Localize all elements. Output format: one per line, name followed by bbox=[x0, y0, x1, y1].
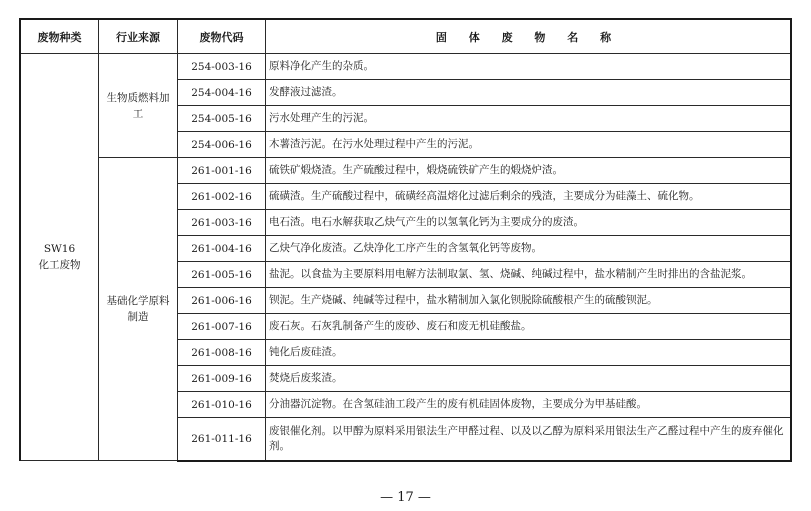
table-row: 基础化学原料制造 261-001-16 硫铁矿煅烧渣。生产硫酸过程中，煅烧硫铁矿… bbox=[20, 158, 791, 184]
waste-description: 硫磺渣。生产硫酸过程中，硫磺经高温熔化过滤后剩余的残渣，主要成分为硅藻土、硫化物… bbox=[266, 184, 792, 210]
industry-source-cell: 基础化学原料制造 bbox=[99, 158, 178, 461]
table-row: SW16 化工废物 生物质燃料加工 254-003-16 原料净化产生的杂质。 bbox=[20, 54, 791, 80]
waste-description: 焚烧后废浆渣。 bbox=[266, 366, 792, 392]
waste-description: 盐泥。以食盐为主要原料用电解方法制取氯、氢、烧碱、纯碱过程中，盐水精制产生时排出… bbox=[266, 262, 792, 288]
header-waste-code: 废物代码 bbox=[178, 19, 266, 54]
page-number: — 17 — bbox=[0, 490, 811, 505]
waste-code: 261-007-16 bbox=[178, 314, 266, 340]
waste-code: 254-004-16 bbox=[178, 80, 266, 106]
document-page: 废物种类 行业来源 废物代码 固 体 废 物 名 称 SW16 化工废物 生物质… bbox=[19, 18, 792, 462]
waste-description: 乙炔气净化废渣。乙炔净化工序产生的含氢氧化钙等废物。 bbox=[266, 236, 792, 262]
waste-code: 261-003-16 bbox=[178, 210, 266, 236]
waste-description: 钝化后废硅渣。 bbox=[266, 340, 792, 366]
waste-code: 261-006-16 bbox=[178, 288, 266, 314]
waste-description: 分油器沉淀物。在含氢硅油工段产生的废有机硅固体废物，主要成分为甲基硅酸。 bbox=[266, 392, 792, 418]
waste-category-cell: SW16 化工废物 bbox=[20, 54, 99, 461]
waste-description: 发酵液过滤渣。 bbox=[266, 80, 792, 106]
waste-code: 254-005-16 bbox=[178, 106, 266, 132]
waste-description: 原料净化产生的杂质。 bbox=[266, 54, 792, 80]
waste-code: 254-006-16 bbox=[178, 132, 266, 158]
waste-description: 硫铁矿煅烧渣。生产硫酸过程中，煅烧硫铁矿产生的煅烧炉渣。 bbox=[266, 158, 792, 184]
header-solid-waste-name: 固 体 废 物 名 称 bbox=[266, 19, 792, 54]
waste-code: 261-004-16 bbox=[178, 236, 266, 262]
waste-description: 钡泥。生产烧碱、纯碱等过程中，盐水精制加入氯化钡脱除硫酸根产生的硫酸钡泥。 bbox=[266, 288, 792, 314]
waste-description: 污水处理产生的污泥。 bbox=[266, 106, 792, 132]
waste-code: 261-005-16 bbox=[178, 262, 266, 288]
header-industry-source: 行业来源 bbox=[99, 19, 178, 54]
waste-description: 电石渣。电石水解获取乙炔气产生的以氢氧化钙为主要成分的废渣。 bbox=[266, 210, 792, 236]
header-waste-type: 废物种类 bbox=[20, 19, 99, 54]
category-code: SW16 bbox=[27, 241, 92, 257]
waste-code: 261-009-16 bbox=[178, 366, 266, 392]
waste-description: 木薯渣污泥。在污水处理过程中产生的污泥。 bbox=[266, 132, 792, 158]
waste-code: 261-002-16 bbox=[178, 184, 266, 210]
waste-description: 废银催化剂。以甲醇为原料采用银法生产甲醛过程、以及以乙醇为原料采用银法生产乙醛过… bbox=[266, 418, 792, 461]
waste-code: 261-010-16 bbox=[178, 392, 266, 418]
table-header-row: 废物种类 行业来源 废物代码 固 体 废 物 名 称 bbox=[20, 19, 791, 54]
waste-classification-table: 废物种类 行业来源 废物代码 固 体 废 物 名 称 SW16 化工废物 生物质… bbox=[19, 18, 792, 462]
category-name: 化工废物 bbox=[27, 257, 92, 273]
waste-description: 废石灰。石灰乳制备产生的废砂、废石和废无机硅酸盐。 bbox=[266, 314, 792, 340]
waste-code: 261-001-16 bbox=[178, 158, 266, 184]
industry-source-cell: 生物质燃料加工 bbox=[99, 54, 178, 158]
waste-code: 261-011-16 bbox=[178, 418, 266, 461]
waste-code: 254-003-16 bbox=[178, 54, 266, 80]
waste-code: 261-008-16 bbox=[178, 340, 266, 366]
